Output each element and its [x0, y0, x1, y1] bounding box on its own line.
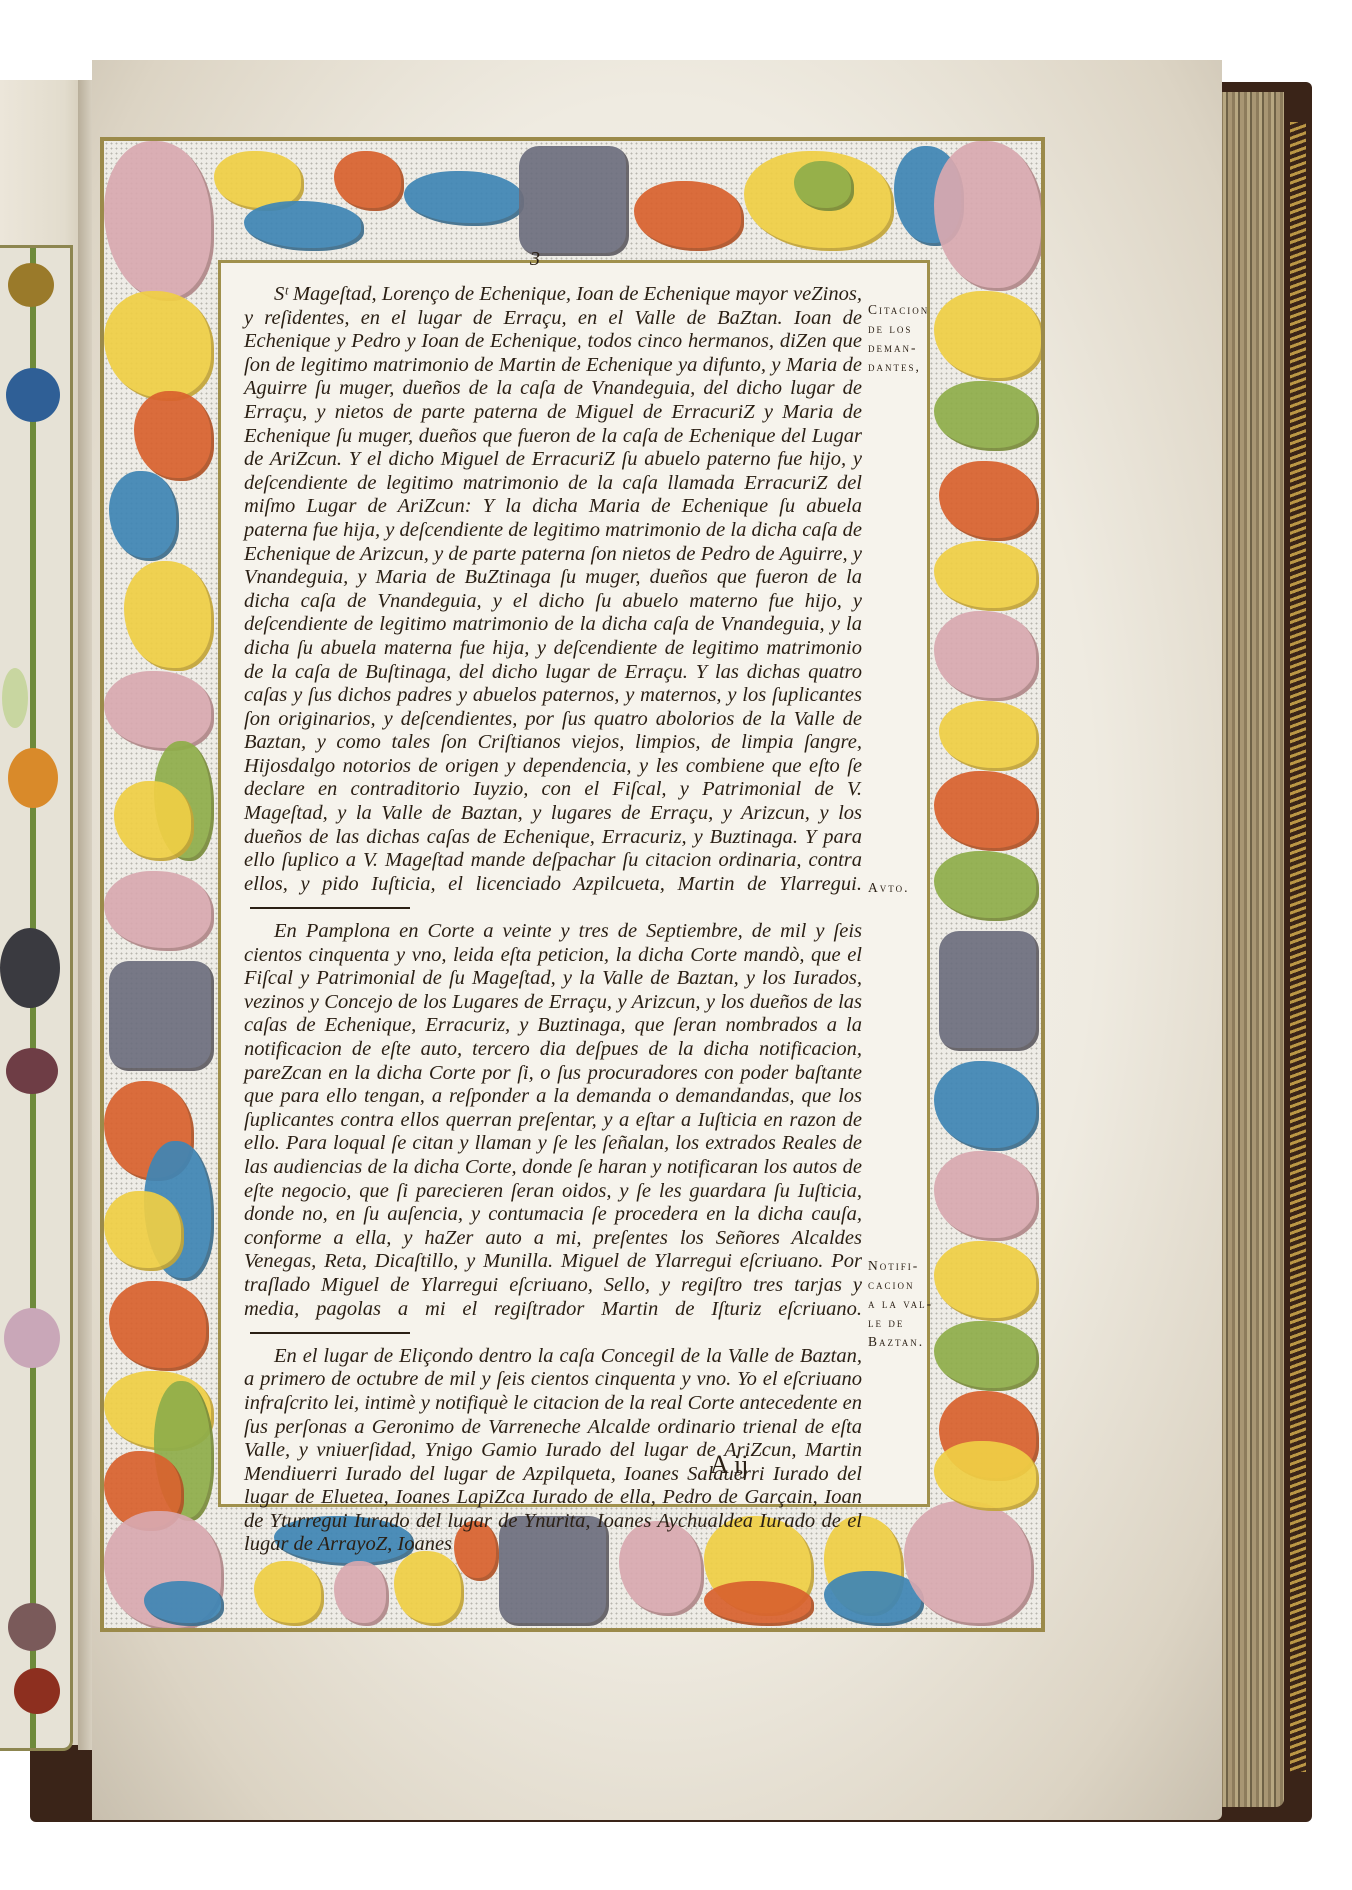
scroll-ornament	[134, 391, 214, 481]
acanthus-leaf-ornament	[934, 141, 1044, 291]
scroll-ornament	[104, 671, 214, 751]
flower-icon	[6, 1048, 58, 1094]
scroll-ornament	[934, 611, 1039, 701]
scroll-ornament	[934, 291, 1044, 381]
scroll-ornament	[254, 1561, 324, 1626]
margin-note-auto: Avto.	[868, 878, 909, 897]
paragraph-petition: Sᵗ Mageſtad, Lorenço de Echenique, Ioan …	[244, 283, 862, 920]
scroll-ornament	[934, 851, 1039, 921]
scroll-ornament	[934, 541, 1039, 611]
acanthus-leaf-ornament	[104, 141, 214, 301]
closing-rule	[250, 1332, 410, 1335]
leaf-icon	[2, 668, 28, 728]
tulip-ornament	[334, 1561, 389, 1626]
scroll-ornament	[939, 701, 1039, 771]
flower-icon	[8, 1603, 56, 1651]
coat-of-arms-ornament	[519, 146, 629, 256]
scroll-ornament	[934, 771, 1039, 851]
margin-note-citacion: Citacion de los deman- dantes,	[868, 300, 929, 376]
flower-icon	[8, 748, 58, 808]
page-number: 3	[530, 248, 540, 271]
acanthus-leaf-ornament	[104, 1191, 184, 1271]
body-text: Sᵗ Mageſtad, Lorenço de Echenique, Ioan …	[244, 283, 862, 1557]
paragraph-auto: En Pamplona en Corte a veinte y tres de …	[244, 920, 862, 1345]
flower-icon	[14, 1668, 60, 1714]
paragraph-notificacion: En el lugar de Eliçondo dentro la caſa C…	[244, 1345, 862, 1557]
coat-of-arms-ornament	[939, 931, 1039, 1051]
signature-mark: A ij	[710, 1450, 748, 1480]
margin-note-notificacion: Notifi- cacion a la val- le de Baztan.	[868, 1256, 933, 1351]
scroll-ornament	[934, 1241, 1039, 1321]
scroll-ornament	[104, 291, 214, 401]
acanthus-leaf-ornament	[934, 1151, 1039, 1241]
scroll-ornament	[704, 1581, 814, 1626]
tulip-ornament	[109, 471, 179, 561]
acanthus-leaf-ornament	[114, 781, 194, 861]
gilt-zigzag-border	[1290, 122, 1306, 1772]
acanthus-leaf-ornament	[939, 461, 1039, 541]
page-fore-edge	[1220, 92, 1284, 1807]
flower-icon	[6, 368, 60, 422]
floral-panel	[0, 245, 73, 1751]
scroll-ornament	[934, 1321, 1039, 1391]
scroll-ornament	[394, 1551, 464, 1626]
coat-of-arms-ornament	[109, 961, 214, 1071]
scroll-ornament	[104, 871, 214, 951]
scroll-ornament	[244, 201, 364, 251]
scroll-ornament	[634, 181, 744, 251]
flower-icon	[8, 263, 54, 307]
scroll-ornament	[934, 1061, 1039, 1151]
scroll-ornament	[404, 171, 524, 226]
flower-icon	[4, 1308, 60, 1368]
scroll-ornament	[109, 1281, 209, 1371]
acanthus-leaf-ornament	[124, 561, 214, 671]
scroll-ornament	[934, 1441, 1039, 1511]
tulip-ornament	[334, 151, 404, 211]
scroll-ornament	[934, 381, 1039, 451]
crest-icon	[0, 928, 60, 1008]
closing-rule	[250, 907, 410, 910]
